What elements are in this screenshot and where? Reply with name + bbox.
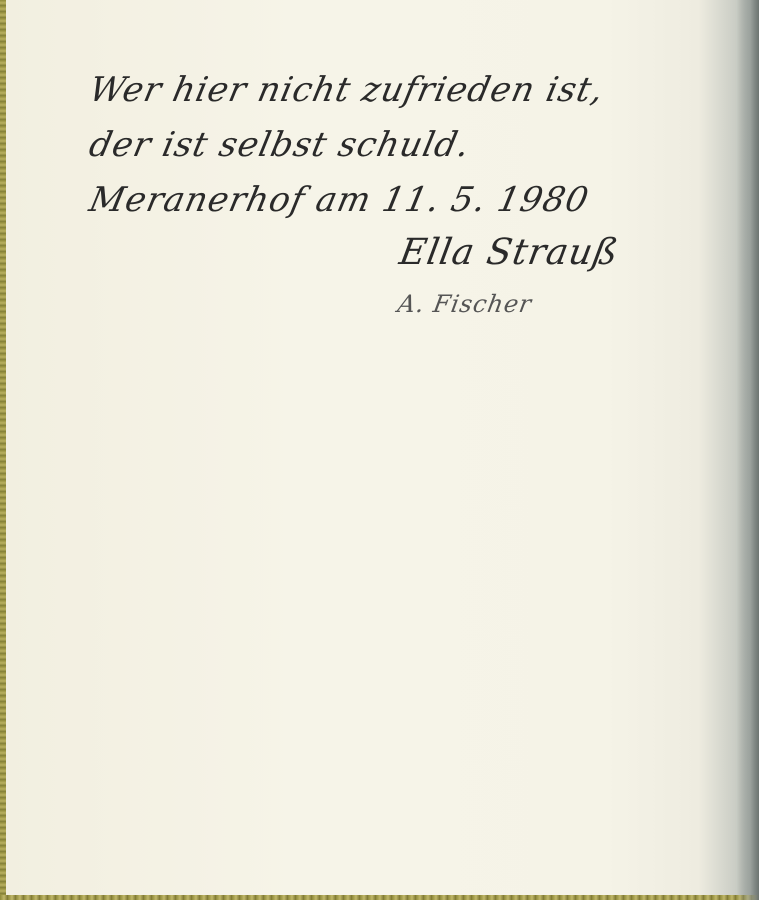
- signature-1: Ella Strauß: [396, 232, 621, 273]
- binding-gutter-shadow: [737, 0, 759, 900]
- deckled-left-edge: [0, 0, 6, 900]
- handwritten-place-date: Meranerhof am 11. 5. 1980: [86, 180, 593, 220]
- deckled-bottom-edge: [0, 895, 759, 900]
- handwritten-line-1: Wer hier nicht zufrieden ist,: [86, 70, 608, 110]
- guestbook-page: Wer hier nicht zufrieden ist, der ist se…: [0, 0, 759, 900]
- signature-2: A. Fischer: [396, 290, 535, 318]
- handwritten-line-2: der ist selbst schuld.: [86, 125, 474, 165]
